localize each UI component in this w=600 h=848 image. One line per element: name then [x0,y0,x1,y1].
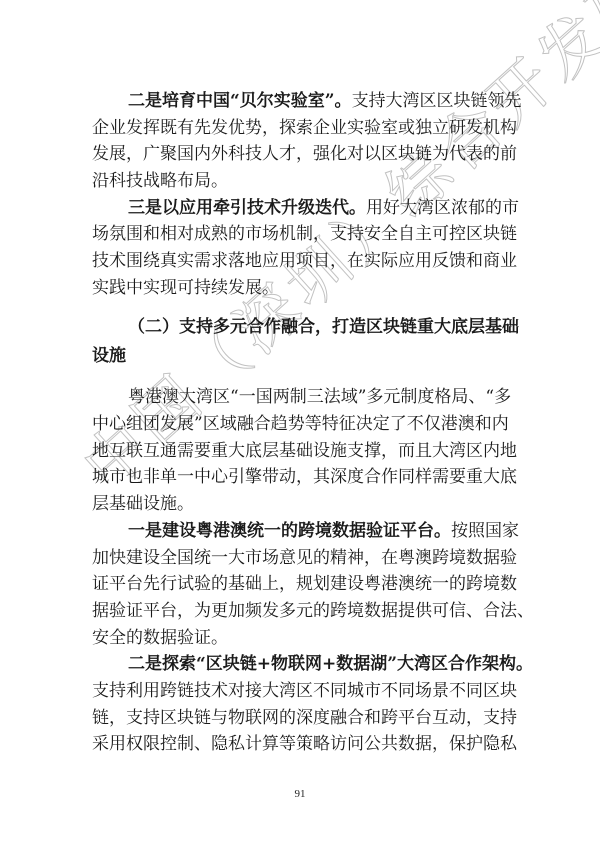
section-heading-cont: 设施 [92,345,508,367]
text-line: 场氛围和相对成熟的市场机制，支持安全自主可控区块链 [92,223,508,245]
document-page: 中国（深圳）综合开发研究院 二是培育中国“贝尔实验室”。支持大湾区区块链领先 企… [0,0,600,848]
text-line: 企业发挥既有先发优势，探索企业实验室或独立研发机构 [92,117,508,139]
text-line: 层基础设施。 [92,493,508,515]
line-text: 技术围绕真实需求落地应用项目，在实际应用反馈和商业 [92,251,517,271]
text-line: 支持利用跨链技术对接大湾区不同城市不同场景不同区块 [92,680,508,702]
text-line: 据验证平台，为更加频发多元的跨境数据提供可信、合法、 [92,600,508,622]
line-text: 支持大湾区区块链领先 [352,91,522,111]
text-line: 采用权限控制、隐私计算等策略访问公共数据，保护隐私 [92,733,508,755]
text-line: 实践中实现可持续发展。 [92,277,508,299]
line-text: 用好大湾区浓郁的市 [366,198,519,218]
text-line: 地互联互通需要重大底层基础设施支撑，而且大湾区内地 [92,440,508,462]
bold-lead: 三是以应用牵引技术升级迭代。 [128,198,366,218]
line-text: 城市也非单一中心引擎带动，其深度合作同样需要重大底 [92,467,517,487]
bold-lead: 二是培育中国“贝尔实验室”。 [128,91,352,111]
line-text: 支持利用跨链技术对接大湾区不同城市不同场景不同区块 [92,681,517,701]
text-line: 粤港澳大湾区“一国两制三法域”多元制度格局、“多 [128,386,508,408]
text-line: 证平台先行试验的基础上，规划建设粤港澳统一的跨境数 [92,573,508,595]
line-text: 场氛围和相对成熟的市场机制，支持安全自主可控区块链 [92,224,517,244]
line-text: 证平台先行试验的基础上，规划建设粤港澳统一的跨境数 [92,574,517,594]
line-text: 企业发挥既有先发优势，探索企业实验室或独立研发机构 [92,118,517,138]
text-line: 发展，广聚国内外科技人才，强化对以区块链为代表的前 [92,143,508,165]
section-heading: （二）支持多元合作融合，打造区块链重大底层基础 [128,316,508,338]
text-line: 二是培育中国“贝尔实验室”。支持大湾区区块链领先 [128,90,508,112]
text-line: 三是以应用牵引技术升级迭代。用好大湾区浓郁的市 [128,197,508,219]
text-line: 二是探索“区块链+物联网+数据湖”大湾区合作架构。 [128,653,508,675]
line-text: 沿科技战略布局。 [92,171,228,191]
page-number: 91 [0,788,600,800]
bold-lead: 一是建设粤港澳统一的跨境数据验证平台。 [128,521,451,541]
bold-lead: 二是探索“区块链+物联网+数据湖”大湾区合作架构。 [128,654,533,674]
text-line: 一是建设粤港澳统一的跨境数据验证平台。按照国家 [128,520,508,542]
line-text: 地互联互通需要重大底层基础设施支撑，而且大湾区内地 [92,441,517,461]
line-text: 加快建设全国统一大市场意见的精神，在粤澳跨境数据验 [92,548,517,568]
line-text: 发展，广聚国内外科技人才，强化对以区块链为代表的前 [92,144,517,164]
heading-text: （二）支持多元合作融合，打造区块链重大底层基础 [128,317,519,337]
text-line: 加快建设全国统一大市场意见的精神，在粤澳跨境数据验 [92,547,508,569]
line-text: 粤港澳大湾区“一国两制三法域”多元制度格局、“多 [128,387,511,407]
line-text: 层基础设施。 [92,494,194,514]
line-text: 中心组团发展”区域融合趋势等特征决定了不仅港澳和内 [92,414,509,434]
text-line: 技术围绕真实需求落地应用项目，在实际应用反馈和商业 [92,250,508,272]
text-line: 城市也非单一中心引擎带动，其深度合作同样需要重大底 [92,466,508,488]
text-line: 中心组团发展”区域融合趋势等特征决定了不仅港澳和内 [92,413,508,435]
text-line: 链，支持区块链与物联网的深度融合和跨平台互动，支持 [92,707,508,729]
line-text: 按照国家 [451,521,519,541]
line-text: 据验证平台，为更加频发多元的跨境数据提供可信、合法、 [92,601,534,621]
line-text: 采用权限控制、隐私计算等策略访问公共数据，保护隐私 [92,734,517,754]
line-text: 实践中实现可持续发展。 [92,278,279,298]
heading-text: 设施 [92,346,126,366]
line-text: 安全的数据验证。 [92,628,228,648]
text-line: 安全的数据验证。 [92,627,508,649]
line-text: 链，支持区块链与物联网的深度融合和跨平台互动，支持 [92,708,517,728]
text-line: 沿科技战略布局。 [92,170,508,192]
